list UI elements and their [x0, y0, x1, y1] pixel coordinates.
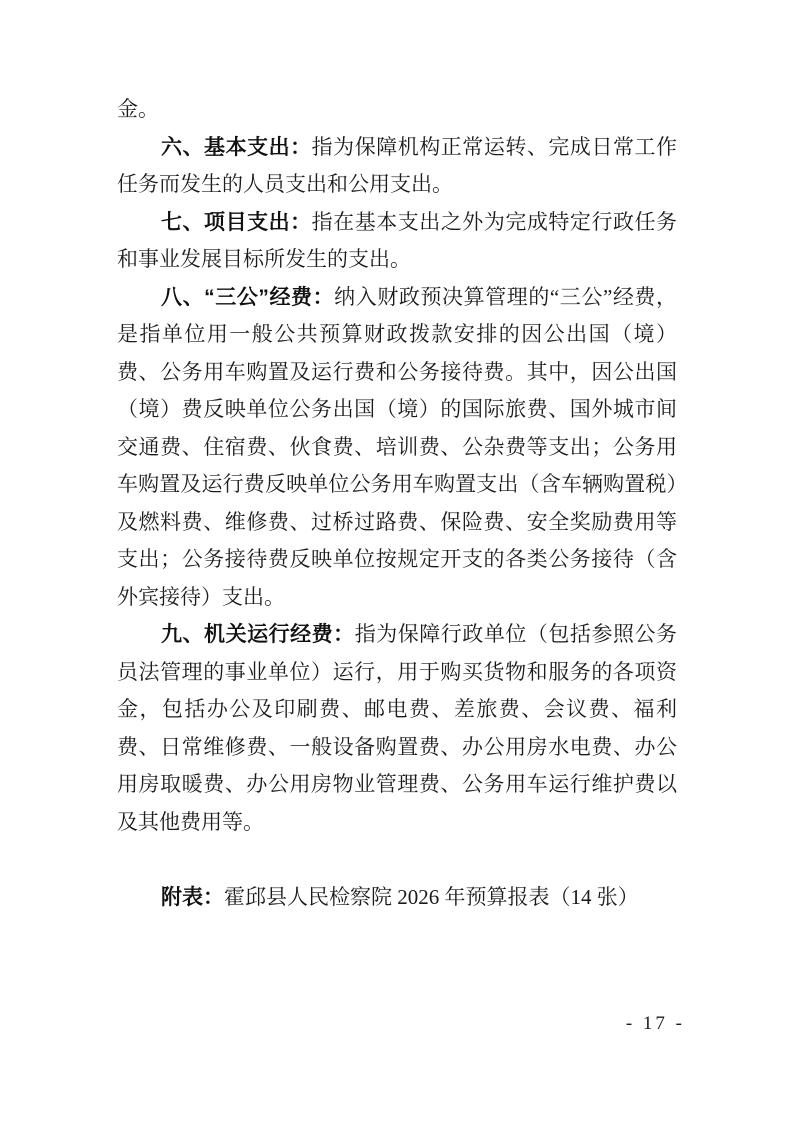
document-page: 金。 六、基本支出：指为保障机构正常运转、完成日常工作任务而发生的人员支出和公用…: [0, 0, 793, 1122]
section-nine-text: 指为保障行政单位（包括参照公务员法管理的事业单位）运行，用于购买货物和服务的各项…: [117, 622, 677, 834]
section-eight-text: 纳入财政预决算管理的“三公”经费，是指单位用一般公共预算财政拨款安排的因公出国（…: [117, 285, 677, 609]
document-body: 金。 六、基本支出：指为保障机构正常运转、完成日常工作任务而发生的人员支出和公用…: [117, 91, 677, 917]
section-eight-three-public-funds: 八、“三公”经费：纳入财政预决算管理的“三公”经费，是指单位用一般公共预算财政拨…: [117, 279, 677, 617]
section-six-heading: 六、基本支出：: [161, 136, 312, 159]
section-seven-heading: 七、项目支出：: [161, 211, 312, 234]
paragraph-text: 金。: [117, 97, 159, 121]
attachment-note: 附表：霍邱县人民检察院 2026 年预算报表（14 张）: [117, 879, 677, 917]
attachment-note-text: 霍邱县人民检察院 2026 年预算报表（14 张）: [224, 885, 639, 909]
section-eight-heading: 八、“三公”经费：: [161, 286, 334, 309]
paragraph-continuation: 金。: [117, 91, 677, 129]
section-nine-agency-operating-funds: 九、机关运行经费：指为保障行政单位（包括参照公务员法管理的事业单位）运行，用于购…: [117, 616, 677, 841]
section-nine-heading: 九、机关运行经费：: [161, 623, 355, 646]
section-seven-project-expenditure: 七、项目支出：指在基本支出之外为完成特定行政任务和事业发展目标所发生的支出。: [117, 204, 677, 279]
attachment-note-label: 附表：: [161, 886, 224, 909]
section-six-basic-expenditure: 六、基本支出：指为保障机构正常运转、完成日常工作任务而发生的人员支出和公用支出。: [117, 129, 677, 204]
page-number: - 17 -: [626, 1013, 685, 1035]
